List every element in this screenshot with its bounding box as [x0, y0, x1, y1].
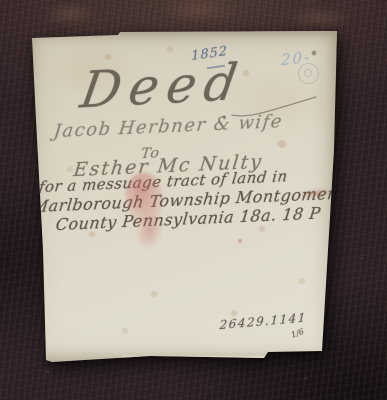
pencil-circle-inner-mark [304, 69, 312, 77]
photo-of-antique-deed: 1852 20- Deed Jacob Herbner & wife To Es… [0, 0, 387, 400]
deed-document-paper: 1852 20- Deed Jacob Herbner & wife To Es… [30, 29, 338, 363]
paper-shadow-wrap: 1852 20- Deed Jacob Herbner & wife To Es… [0, 0, 387, 400]
pencil-circle-mark [298, 63, 319, 84]
